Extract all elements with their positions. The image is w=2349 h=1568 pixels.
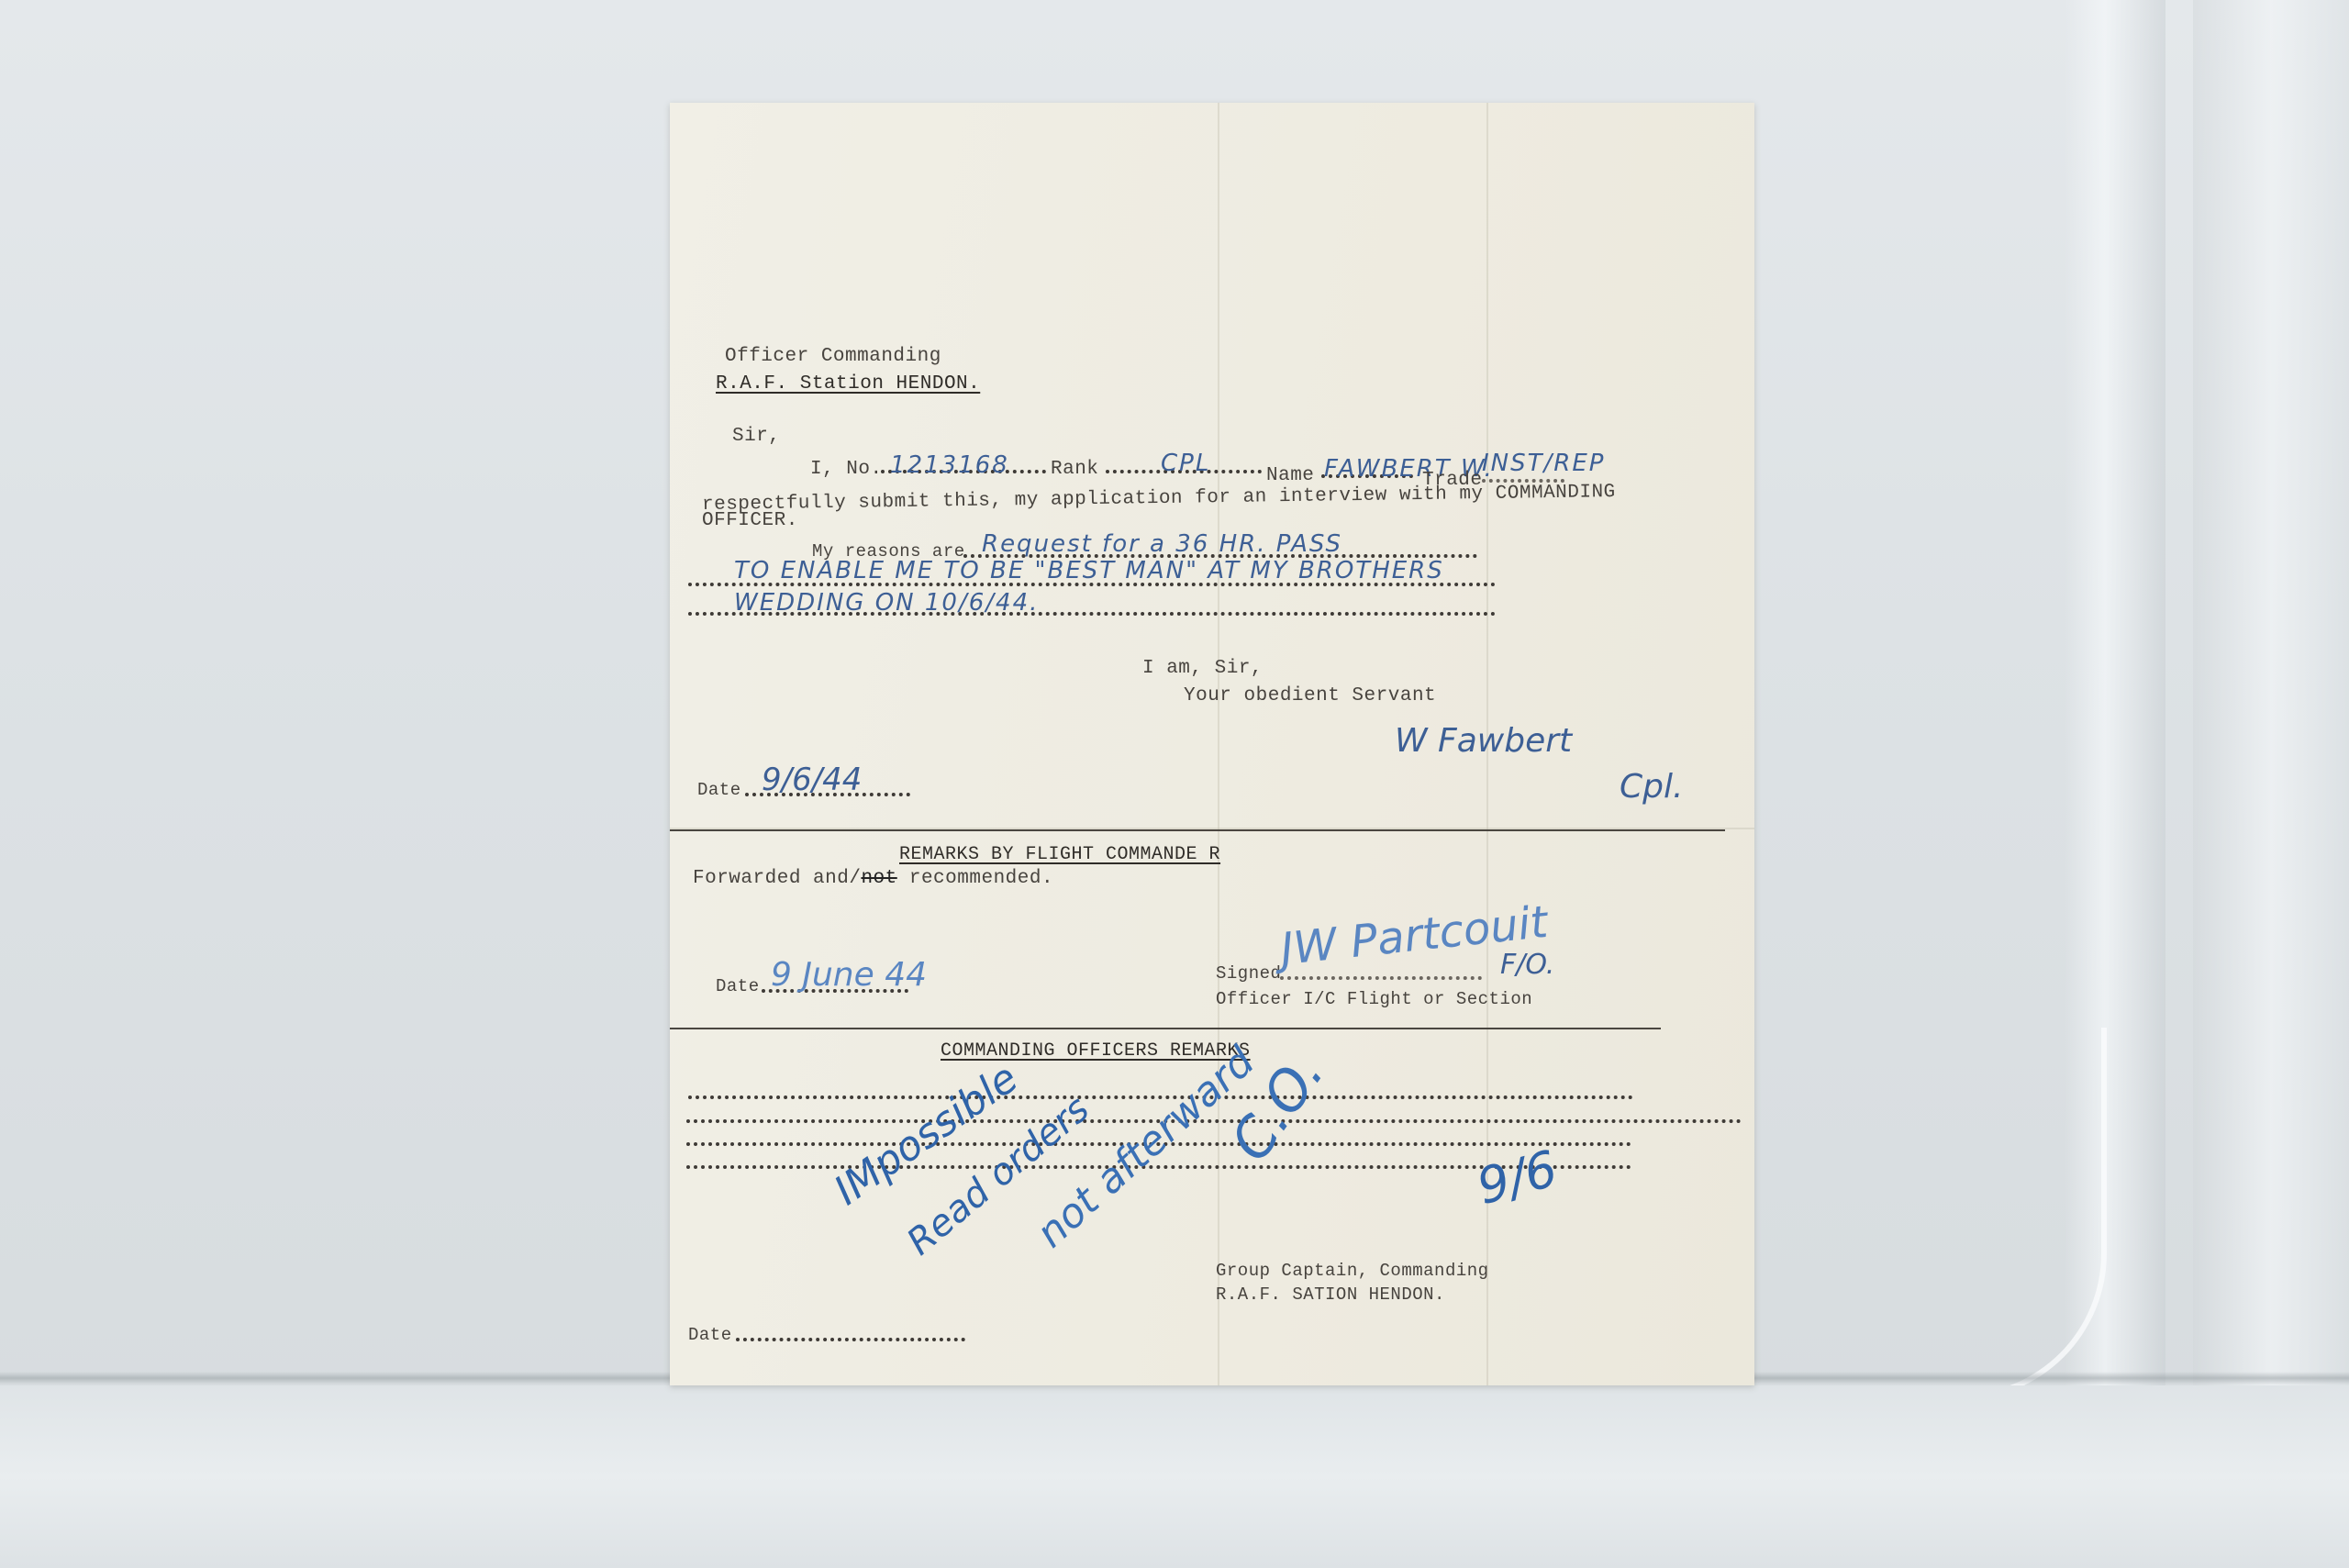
co-date-label: Date <box>688 1325 732 1345</box>
flight-date-value: 9 June 44 <box>771 956 927 994</box>
flight-date-label: Date <box>716 976 760 996</box>
signed-dots <box>1280 976 1482 980</box>
reasons-line-2: TO ENABLE ME TO BE "BEST MAN" AT MY BROT… <box>734 557 1444 584</box>
co-remark-date: 9/6 <box>1471 1140 1563 1216</box>
commanding-officer-heading: COMMANDING OFFICERS REMARKS <box>941 1040 1251 1062</box>
addressee-station: R.A.F. Station HENDON. <box>716 373 980 395</box>
officer-caption: Officer I/C Flight or Section <box>1216 989 1532 1009</box>
number-label: I, No. <box>810 459 883 480</box>
signed-label: Signed <box>1216 963 1281 984</box>
reasons-line-1: Request for a 36 HR. PASS <box>982 530 1342 558</box>
application-date-label: Date <box>697 780 741 800</box>
tray-lip <box>0 1385 2349 1568</box>
addressee-title: Officer Commanding <box>725 346 941 367</box>
application-form: Officer Commanding R.A.F. Station HENDON… <box>670 103 1754 1385</box>
trade-value: INST/REP <box>1482 450 1605 477</box>
service-number: 1213168 <box>890 451 1009 479</box>
applicant-rank-signed: Cpl. <box>1620 768 1683 806</box>
rank-label: Rank <box>1051 459 1098 480</box>
section-divider <box>670 829 1725 831</box>
reasons-line-3: WEDDING ON 10/6/44. <box>734 589 1039 617</box>
signatory-line-2: R.A.F. SATION HENDON. <box>1216 1284 1445 1305</box>
closing-line-1: I am, Sir, <box>1142 658 1263 679</box>
paper-fold <box>1218 103 1219 1385</box>
rank-value: CPL <box>1161 450 1210 477</box>
co-date-dots <box>736 1338 965 1341</box>
salutation: Sir, <box>732 426 780 447</box>
signatory-line-1: Group Captain, Commanding <box>1216 1261 1489 1281</box>
remarks-dots-2 <box>686 1119 1742 1123</box>
application-date: 9/6/44 <box>762 762 862 798</box>
body-text: respectfully submit this, my application… <box>702 482 1616 516</box>
closing-line-2: Your obedient Servant <box>1184 685 1436 706</box>
name-label: Name <box>1266 465 1314 486</box>
tray-corner <box>1716 1028 2107 1400</box>
flight-commander-rank: F/O. <box>1500 949 1554 981</box>
section-divider <box>670 1028 1661 1029</box>
body-text-end: OFFICER. <box>702 510 798 531</box>
forwarded-text: Forwarded and/not recommended. <box>693 868 1053 889</box>
applicant-signature: W Fawbert <box>1395 722 1572 760</box>
tray-rail-outer <box>2193 0 2349 1568</box>
remarks-dots-1 <box>688 1095 1633 1099</box>
flight-commander-heading: REMARKS BY FLIGHT COMMANDE R <box>899 844 1220 865</box>
